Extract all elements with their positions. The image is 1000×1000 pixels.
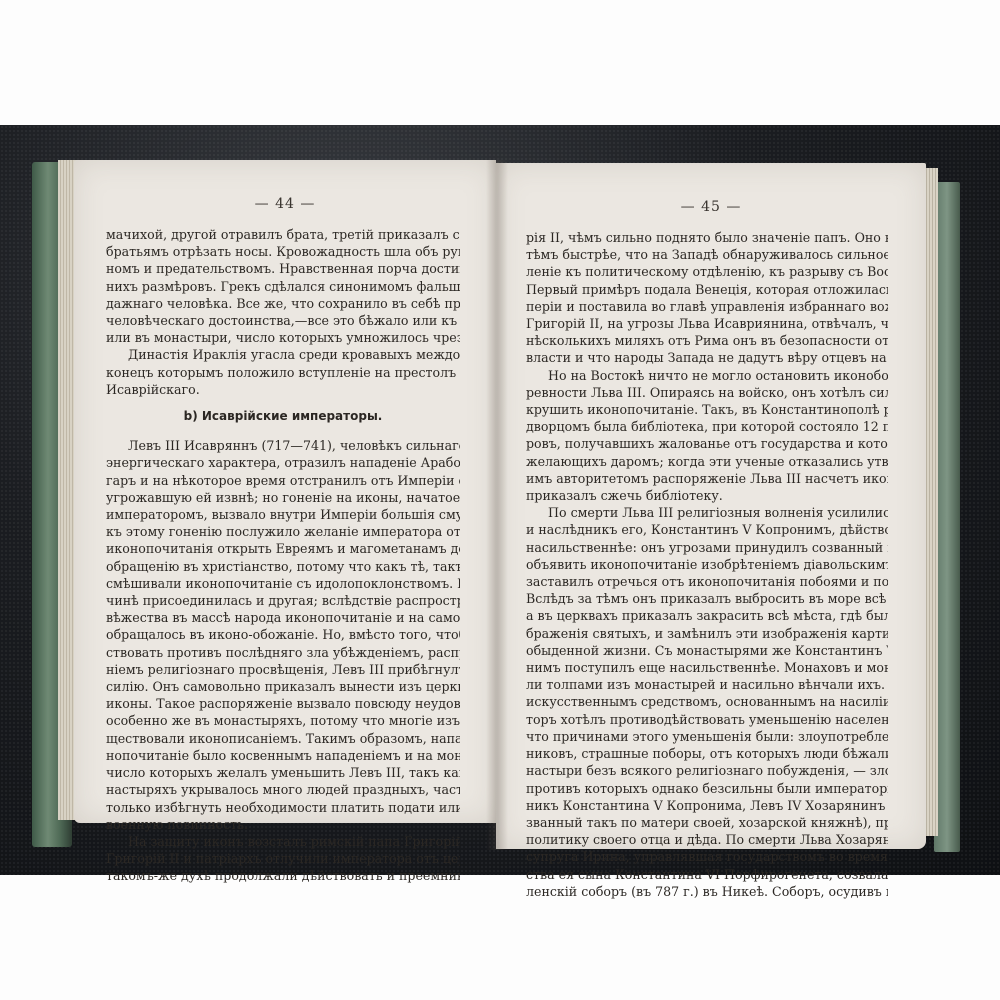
text-line: братьямъ отрѣзать носы. Кровожадность шл… [106,243,460,260]
text-line: и наслѣдникъ его, Константинъ V Копроним… [526,521,888,538]
text-line: насильственнѣе: онъ угрозами принудилъ с… [526,539,888,556]
text-line: вѣжества въ массѣ народа иконопочитаніе … [106,609,460,626]
text-line: Первый примѣръ подала Венеція, которая о… [526,281,888,298]
text-line: тѣмъ быстрѣе, что на Западѣ обнаруживало… [526,246,888,263]
text-line: что причинами этого уменьшенія были: зло… [526,728,888,745]
text-line: искусственнымъ средствомъ, основаннымъ н… [526,693,888,710]
text-line: дворцомъ была библіотека, при которой со… [526,418,888,435]
text-line: императоромъ, вызвало внутри Имперіи бол… [106,506,460,523]
text-line: или въ монастыри, число которыхъ умножил… [106,329,460,346]
text-line: силію. Онъ самовольно приказалъ вынести … [106,678,460,695]
text-line: такомъ-же духѣ продолжали дѣйствовать и … [106,867,460,884]
text-line: противъ которыхъ однако безсильны были и… [526,780,888,797]
text-line: настыряхъ укрывалось много людей праздны… [106,781,460,798]
text-line: никовъ, страшные поборы, отъ которыхъ лю… [526,745,888,762]
text-line: торъ хотѣлъ противодѣйствовать уменьшені… [526,711,888,728]
right-page-text: рія II, чѣмъ сильно поднято было значені… [526,229,888,900]
text-line: военную повинность. [106,816,460,833]
text-line: По смерти Льва III религіозныя волненія … [526,504,888,521]
text-line: обращенію въ христіанство, потому что ка… [106,558,460,575]
right-page: — 45 — рія II, чѣмъ сильно поднято было … [496,163,926,849]
section-heading: b) Исаврійские императоры. [106,408,460,425]
text-line: иконопочитанія открыть Евреямъ и магомет… [106,540,460,557]
text-line: Григорій II и патріархъ отлучили императ… [106,850,460,867]
text-line: ніемъ религіознаго просвѣщенія, Левъ III… [106,661,460,678]
page-number-45: — 45 — [496,199,926,215]
text-line: ствовать противъ послѣдняго зла убѣждені… [106,644,460,661]
text-line: объявить иконопочитаніе изобрѣтеніемъ ді… [526,556,888,573]
text-line: супруга Ирина, управлявшая государствомъ… [526,848,888,865]
text-line: иконы. Такое распоряженіе вызвало повсюд… [106,695,460,712]
text-line: ства ея сына Константина VI Порфирогенет… [526,866,888,883]
page-edges-right [924,168,938,836]
text-line: званный такъ по матери своей, хозарской … [526,814,888,831]
text-line: На защиту иконъ возсталъ римскій папа Гр… [106,833,460,850]
text-line: нѣсколькихъ миляхъ отъ Рима онъ въ безоп… [526,332,888,349]
text-line: обращалось въ иконо-обожаніе. Но, вмѣсто… [106,626,460,643]
text-line: имъ авторитетомъ распоряженіе Льва III н… [526,470,888,487]
text-line: только избѣгнуть необходимости платить п… [106,799,460,816]
text-line: энергическаго характера, отразилъ нападе… [106,454,460,471]
text-line: ревности Льва III. Опираясь на войско, о… [526,384,888,401]
text-line: нопочитаніе было косвеннымъ нападеніемъ … [106,747,460,764]
text-line: ровъ, получавшихъ жалованье отъ государс… [526,435,888,452]
text-line: Династія Ираклія угасла среди кровавыхъ … [106,346,460,363]
text-line: Вслѣдъ за тѣмъ онъ приказалъ выбросить в… [526,590,888,607]
text-line: браженія святыхъ, и замѣнилъ эти изображ… [526,625,888,642]
text-line: число которыхъ желалъ уменьшить Левъ III… [106,764,460,781]
text-line: ли толпами изъ монастырей и насильно вѣн… [526,676,888,693]
text-line: гаръ и на нѣкоторое время отстранилъ отъ… [106,472,460,489]
text-line: обыденной жизни. Съ монастырями же Конст… [526,642,888,659]
text-line: рія II, чѣмъ сильно поднято было значені… [526,229,888,246]
text-line: ленскій соборъ (въ 787 г.) въ Никеѣ. Соб… [526,883,888,900]
text-line: къ этому гоненію послужило желаніе импер… [106,523,460,540]
text-line: періи и поставила во главѣ управленія из… [526,298,888,315]
text-line: приказалъ сжечь библіотеку. [526,487,888,504]
text-line: мачихой, другой отравилъ брата, третій п… [106,226,460,243]
text-line: власти и что народы Запада не дадутъ вѣр… [526,349,888,366]
text-line: нихъ размѣровъ. Грекъ сдѣлался синонимом… [106,278,460,295]
text-line: нимъ поступилъ еще насильственнѣе. Монах… [526,659,888,676]
left-page-text: мачихой, другой отравилъ брата, третій п… [106,226,460,885]
text-line: заставилъ отречься отъ иконопочитанія по… [526,573,888,590]
text-line: леніе къ политическому отдѣленію, къ раз… [526,263,888,280]
text-line: крушить иконопочитаніе. Такъ, въ Констан… [526,401,888,418]
text-line: номъ и предательствомъ. Нравственная пор… [106,260,460,277]
text-line: желающихъ даромъ; когда эти ученые отказ… [526,453,888,470]
text-line: настыри безъ всякого религіознаго побужд… [526,762,888,779]
text-line: угрожавшую ей извнѣ; но гоненіе на иконы… [106,489,460,506]
text-line: чинѣ присоединилась и другая; вслѣдствіе… [106,592,460,609]
page-number-44: — 44 — [74,196,496,212]
text-line: ществовали иконописаніемъ. Такимъ образо… [106,730,460,747]
text-line: Левъ III Исавряннъ (717—741), человѣкъ с… [106,437,460,454]
text-line: политику своего отца и дѣда. По смерти Л… [526,831,888,848]
text-line: никъ Константина V Копронима, Левъ IV Хо… [526,797,888,814]
text-line: а въ церквахъ приказалъ закрасить всѣ мѣ… [526,607,888,624]
text-line: человѣческаго достоинства,—все это бѣжал… [106,312,460,329]
book-gutter [486,160,508,850]
text-line: Но на Востокѣ ничто не могло остановить … [526,367,888,384]
text-line: конецъ которымъ положило вступленіе на п… [106,364,460,381]
text-line: дажнаго человѣка. Все же, что сохранило … [106,295,460,312]
text-line: особенно же въ монастыряхъ, потому что м… [106,712,460,729]
text-line: смѣшивали иконопочитаніе съ идолопоклонс… [106,575,460,592]
text-line: Григорій II, на угрозы Льва Исавриянина,… [526,315,888,332]
text-line: Исаврійскаго. [106,381,460,398]
left-page: — 44 — мачихой, другой отравилъ брата, т… [74,160,496,823]
